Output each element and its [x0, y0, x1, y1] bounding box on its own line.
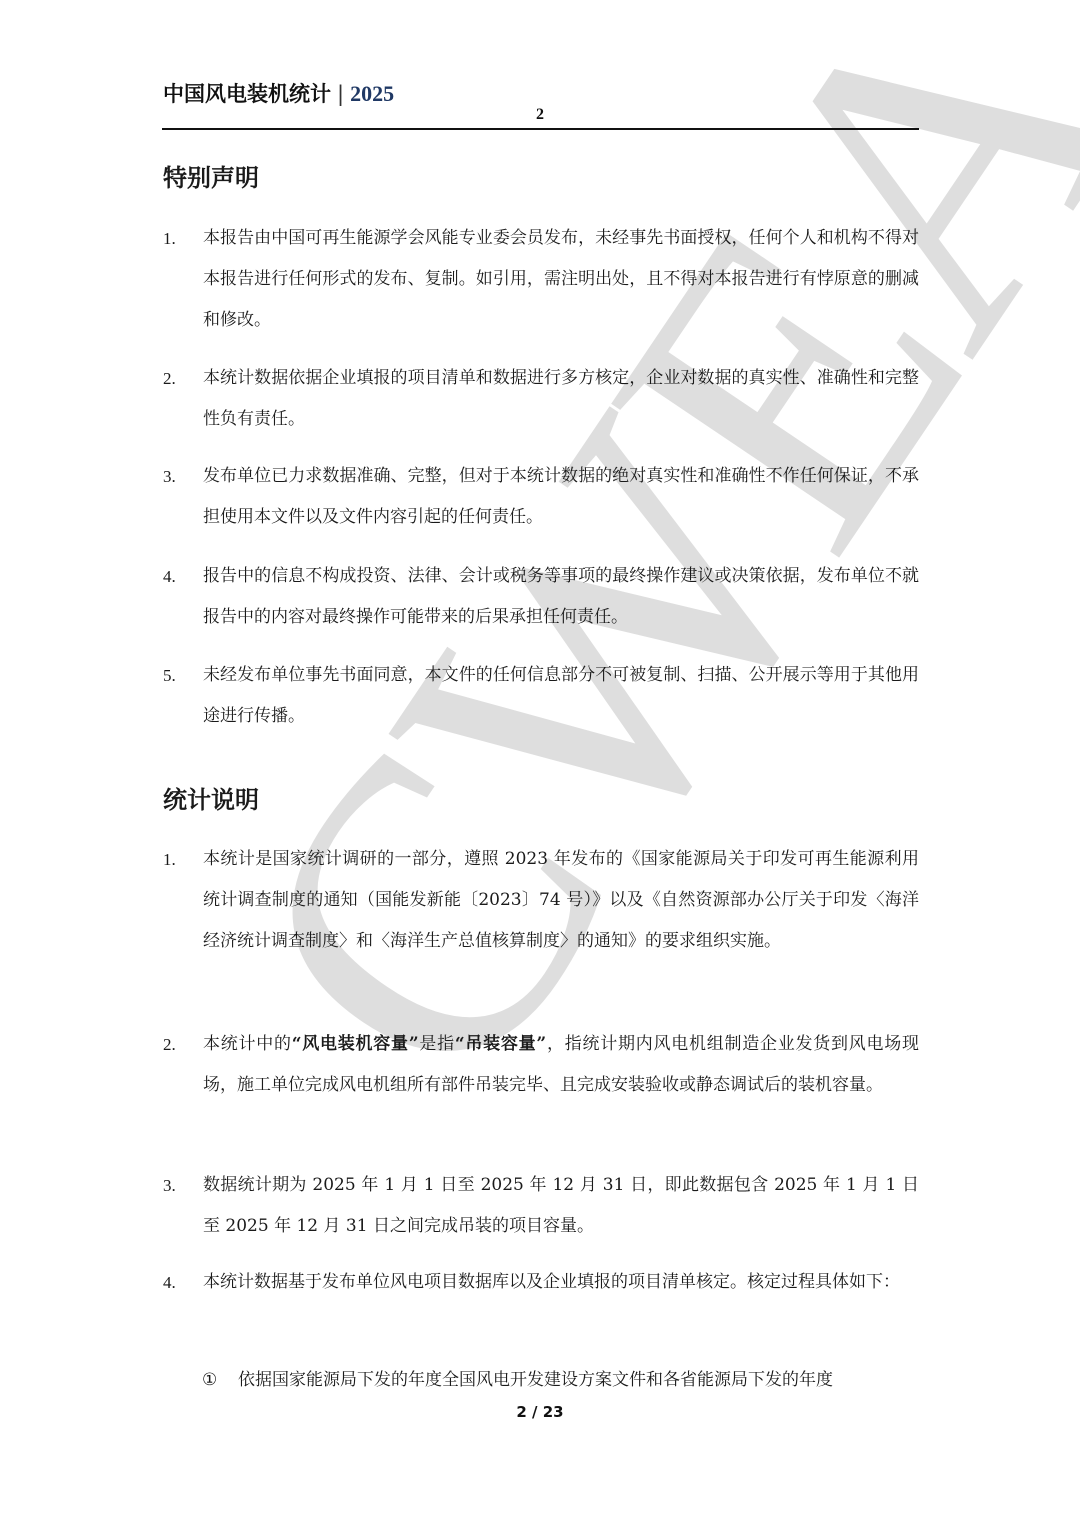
section-title-statistical-notes: 统计说明 — [163, 780, 259, 815]
statement-item-4: 4. 报告中的信息不构成投资、法律、会计或税务等事项的最终操作建议或决策依据，发… — [163, 556, 919, 638]
item-number: 4. — [163, 1262, 203, 1303]
report-year: 2025 — [350, 81, 394, 106]
statement-item-3: 3. 发布单位已力求数据准确、完整，但对于本统计数据的绝对真实性和准确性不作任何… — [163, 456, 919, 538]
item-number: 3. — [163, 456, 203, 497]
item-text: 本统计数据依据企业填报的项目清单和数据进行多方核定，企业对数据的真实性、准确性和… — [203, 358, 919, 440]
term-hoisting-capacity: “吊装容量” — [455, 1034, 546, 1054]
item-text: 本报告由中国可再生能源学会风能专业委会员发布，未经事先书面授权，任何个人和机构不… — [203, 218, 919, 341]
notes-item-4: 4. 本统计数据基于发布单位风电项目数据库以及企业填报的项目清单核定。核定过程具… — [163, 1262, 919, 1303]
item-number: 4. — [163, 556, 203, 597]
document-page: 中国风电装机统计|2025 2 特别声明 1. 本报告由中国可再生能源学会风能专… — [0, 0, 1080, 1527]
notes-item-3: 3. 数据统计期为 2025 年 1 月 1 日至 2025 年 12 月 31… — [163, 1165, 919, 1247]
item-number: 1. — [163, 839, 203, 880]
item-text: 本统计数据基于发布单位风电项目数据库以及企业填报的项目清单核定。核定过程具体如下… — [203, 1262, 919, 1303]
item-number: 2. — [163, 1024, 203, 1065]
item-number: 3. — [163, 1165, 203, 1206]
header-page-number: 2 — [0, 106, 1080, 124]
text-segment: 本统计中的 — [203, 1034, 292, 1054]
item-text: 发布单位已力求数据准确、完整，但对于本统计数据的绝对真实性和准确性不作任何保证，… — [203, 456, 919, 538]
item-text: 本统计中的“风电装机容量”是指“吊装容量”，指统计期内风电机组制造企业发货到风电… — [203, 1024, 919, 1106]
notes-item-1: 1. 本统计是国家统计调研的一部分，遵照 2023 年发布的《国家能源局关于印发… — [163, 839, 919, 962]
item-text: 数据统计期为 2025 年 1 月 1 日至 2025 年 12 月 31 日，… — [203, 1165, 919, 1247]
item-text: 报告中的信息不构成投资、法律、会计或税务等事项的最终操作建议或决策依据，发布单位… — [203, 556, 919, 638]
report-title: 中国风电装机统计 — [163, 82, 331, 106]
notes-sub-item-1: ① 依据国家能源局下发的年度全国风电开发建设方案文件和各省能源局下发的年度 — [202, 1360, 919, 1401]
term-installed-capacity: “风电装机容量” — [292, 1034, 419, 1054]
footer-page-indicator: 2 / 23 — [0, 1403, 1080, 1421]
header-rule — [162, 128, 919, 130]
item-number: 5. — [163, 655, 203, 696]
item-text: 未经发布单位事先书面同意，本文件的任何信息部分不可被复制、扫描、公开展示等用于其… — [203, 655, 919, 737]
statement-item-1: 1. 本报告由中国可再生能源学会风能专业委会员发布，未经事先书面授权，任何个人和… — [163, 218, 919, 341]
sub-item-number: ① — [202, 1360, 238, 1401]
running-header: 中国风电装机统计|2025 — [163, 78, 394, 108]
sub-item-text: 依据国家能源局下发的年度全国风电开发建设方案文件和各省能源局下发的年度 — [238, 1360, 919, 1401]
notes-item-2: 2. 本统计中的“风电装机容量”是指“吊装容量”，指统计期内风电机组制造企业发货… — [163, 1024, 919, 1106]
statement-item-5: 5. 未经发布单位事先书面同意，本文件的任何信息部分不可被复制、扫描、公开展示等… — [163, 655, 919, 737]
item-text: 本统计是国家统计调研的一部分，遵照 2023 年发布的《国家能源局关于印发可再生… — [203, 839, 919, 962]
item-number: 2. — [163, 358, 203, 399]
section-title-special-statement: 特别声明 — [163, 158, 259, 193]
text-segment: 是指 — [419, 1034, 455, 1054]
statement-item-2: 2. 本统计数据依据企业填报的项目清单和数据进行多方核定，企业对数据的真实性、准… — [163, 358, 919, 440]
item-number: 1. — [163, 218, 203, 259]
header-separator: | — [337, 82, 344, 106]
